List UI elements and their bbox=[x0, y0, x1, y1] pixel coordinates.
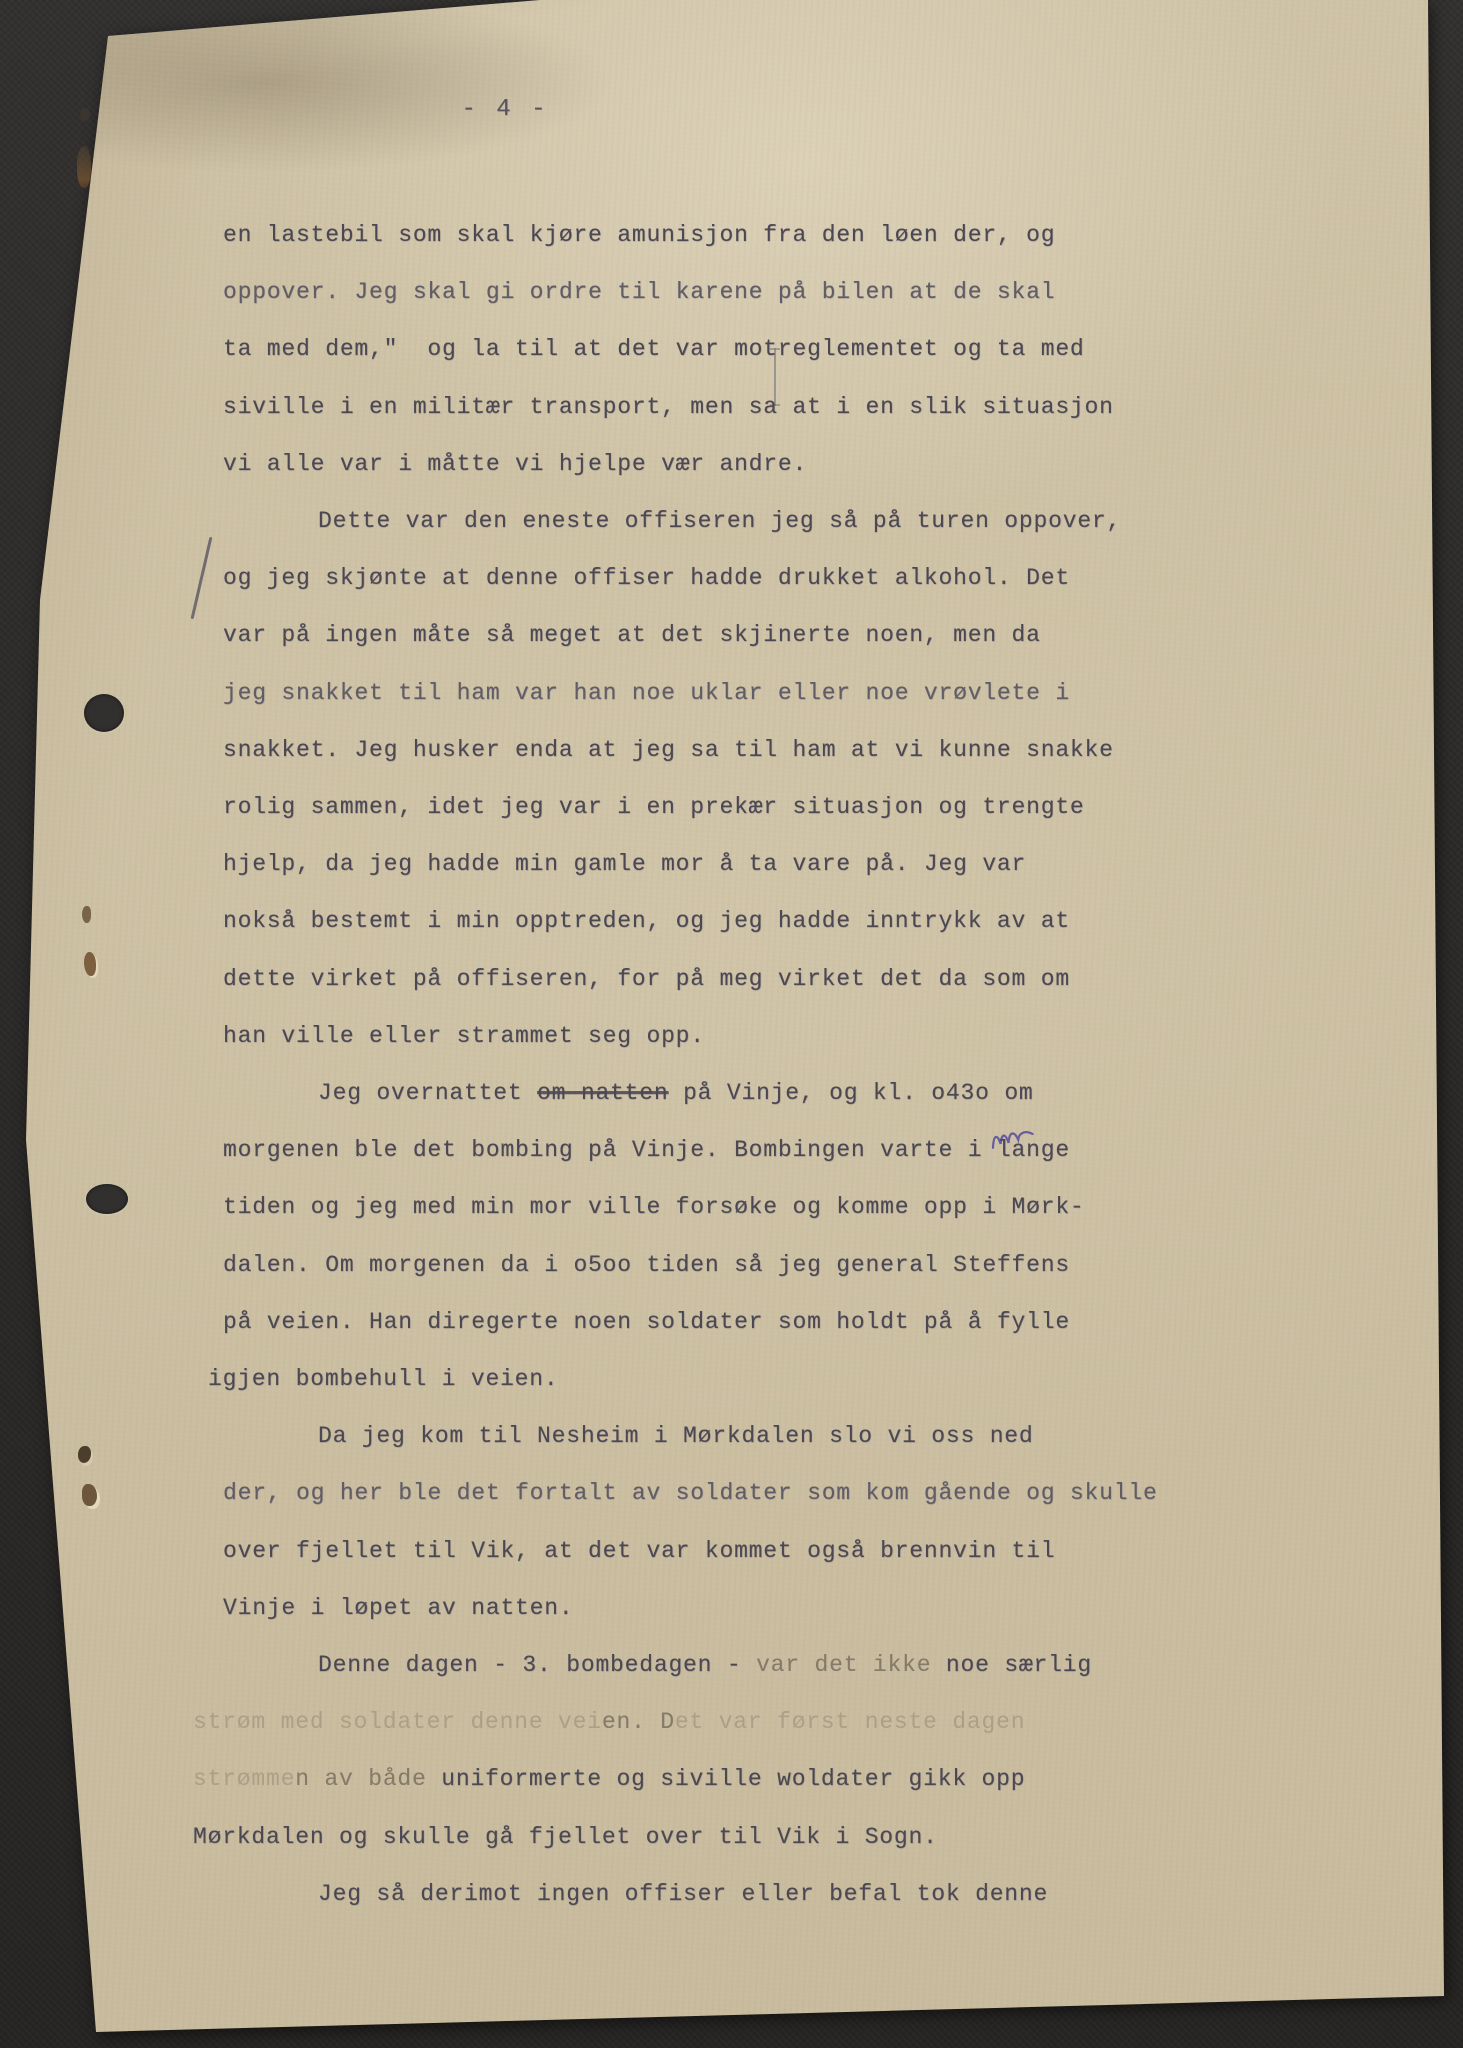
typed-line-25: Vinje i løpet av natten. bbox=[223, 1593, 573, 1623]
typed-text-segment: en lastebil som skal kjøre amunisjon fra… bbox=[223, 222, 1055, 248]
typed-text-segment: uniformerte og siville woldater gikk opp bbox=[441, 1766, 1025, 1792]
typed-text-segment: han ville eller strammet seg opp. bbox=[223, 1023, 705, 1049]
typed-text-segment: var det ikke bbox=[756, 1652, 946, 1678]
typed-text-segment: morgenen ble det bombing på Vinje. Bombi… bbox=[223, 1137, 997, 1163]
typed-text-segment: Vinje i løpet av natten. bbox=[223, 1595, 573, 1621]
typed-text-segment: og jeg skjønte at denne offiser hadde dr… bbox=[223, 565, 1070, 591]
page-number: - 4 - bbox=[405, 96, 605, 123]
typed-text-segment: Jeg så derimot ingen offiser eller befal… bbox=[318, 1881, 1048, 1907]
typed-text-segment: på veien. Han diregerte noen soldater so… bbox=[223, 1309, 1070, 1335]
typed-line-29: Mørkdalen og skulle gå fjellet over til … bbox=[193, 1822, 938, 1852]
typed-line-16: Jeg overnattet om natten på Vinje, og kl… bbox=[318, 1078, 1034, 1108]
typed-line-17: morgenen ble det bombing på Vinje. Bombi… bbox=[223, 1135, 1070, 1165]
typed-line-28: strømmen av både uniformerte og siville … bbox=[193, 1764, 1025, 1794]
ink-dot-stain bbox=[80, 108, 90, 121]
typed-text-segment: strømme bbox=[193, 1766, 295, 1792]
typed-text-segment: strøm med soldater denne vei bbox=[193, 1709, 602, 1735]
typed-line-23: der, og her ble det fortalt av soldater … bbox=[223, 1478, 1158, 1508]
typed-line-5: vi alle var i måtte vi hjelpe vær andre. bbox=[223, 449, 807, 479]
typed-line-26: Denne dagen - 3. bombedagen - var det ik… bbox=[318, 1650, 1092, 1680]
typed-line-6: Dette var den eneste offiseren jeg så på… bbox=[318, 506, 1121, 536]
typed-line-2: oppover. Jeg skal gi ordre til karene på… bbox=[223, 277, 1055, 307]
burn-smudge-stain bbox=[77, 146, 91, 188]
typed-text-segment: Da jeg kom til Nesheim i Mørkdalen slo v… bbox=[318, 1423, 1034, 1449]
paper-tear bbox=[82, 1484, 97, 1506]
typed-text-segment: Jeg overnattet bbox=[318, 1080, 537, 1106]
typed-text-segment: n av både bbox=[295, 1766, 441, 1792]
typed-line-18: tiden og jeg med min mor ville forsøke o… bbox=[223, 1192, 1085, 1222]
typed-text-segment: om natten bbox=[537, 1080, 668, 1106]
typed-text-segment: Denne dagen - 3. bombedagen - bbox=[318, 1652, 756, 1678]
typed-text-segment: siville i en militær transport, men sa a… bbox=[223, 394, 1114, 420]
typed-text-segment: dalen. Om morgenen da i o5oo tiden så je… bbox=[223, 1252, 1070, 1278]
typed-text-segment: rolig sammen, idet jeg var i en prekær s… bbox=[223, 794, 1085, 820]
typed-line-19: dalen. Om morgenen da i o5oo tiden så je… bbox=[223, 1250, 1070, 1280]
typed-line-9: jeg snakket til ham var han noe uklar el… bbox=[223, 678, 1070, 708]
typed-text-segment: på Vinje, og kl. o43o om bbox=[668, 1080, 1033, 1106]
typed-line-4: siville i en militær transport, men sa a… bbox=[223, 392, 1114, 422]
typed-text-segment: hjelp, da jeg hadde min gamle mor å ta v… bbox=[223, 851, 1026, 877]
typed-line-7: og jeg skjønte at denne offiser hadde dr… bbox=[223, 563, 1070, 593]
typed-line-30: Jeg så derimot ingen offiser eller befal… bbox=[318, 1879, 1048, 1909]
typed-line-24: over fjellet til Vik, at det var kommet … bbox=[223, 1536, 1055, 1566]
typed-text-segment: dette virket på offiseren, for på meg vi… bbox=[223, 966, 1070, 992]
typed-line-8: var på ingen måte så meget at det skjine… bbox=[223, 620, 1041, 650]
paper-tear bbox=[82, 906, 91, 923]
typed-line-13: nokså bestemt i min opptreden, og jeg ha… bbox=[223, 906, 1070, 936]
typed-text-segment: et var først neste dagen bbox=[675, 1709, 1025, 1735]
typed-text-segment: Dette var den eneste offiseren jeg så på… bbox=[318, 508, 1121, 534]
typed-text-segment: der, og her ble det fortalt av soldater … bbox=[223, 1480, 1158, 1506]
paper-tear bbox=[84, 952, 96, 976]
typed-line-22: Da jeg kom til Nesheim i Mørkdalen slo v… bbox=[318, 1421, 1034, 1451]
typed-text-segment: nokså bestemt i min opptreden, og jeg ha… bbox=[223, 908, 1070, 934]
typed-line-11: rolig sammen, idet jeg var i en prekær s… bbox=[223, 792, 1085, 822]
typed-line-3: ta med dem," og la til at det var motreg… bbox=[223, 334, 1085, 364]
typed-text-segment: Mørkdalen og skulle gå fjellet over til … bbox=[193, 1824, 938, 1850]
typed-text-segment: noe særlig bbox=[946, 1652, 1092, 1678]
typed-text-segment: snakket. Jeg husker enda at jeg sa til h… bbox=[223, 737, 1114, 763]
typed-text-segment: reglementet og ta med bbox=[778, 336, 1085, 362]
typed-text-segment: igjen bombehull i veien. bbox=[208, 1366, 558, 1392]
typed-line-21: igjen bombehull i veien. bbox=[208, 1364, 558, 1394]
typed-line-20: på veien. Han diregerte noen soldater so… bbox=[223, 1307, 1070, 1337]
typed-line-12: hjelp, da jeg hadde min gamle mor å ta v… bbox=[223, 849, 1026, 879]
typed-text-segment: tiden og jeg med min mor ville forsøke o… bbox=[223, 1194, 1085, 1220]
hole-punch bbox=[84, 694, 124, 732]
typed-line-14: dette virket på offiseren, for på meg vi… bbox=[223, 964, 1070, 994]
typed-text-segment: vi alle var i måtte vi hjelpe vær andre. bbox=[223, 451, 807, 477]
typed-text-segment: over fjellet til Vik, at det var kommet … bbox=[223, 1538, 1055, 1564]
paper-sheet-wrap bbox=[0, 0, 1463, 2048]
typed-line-10: snakket. Jeg husker enda at jeg sa til h… bbox=[223, 735, 1114, 765]
typed-text-segment: en. D bbox=[602, 1709, 675, 1735]
hole-punch bbox=[86, 1184, 128, 1214]
typed-text-segment: var på ingen måte så meget at det skjine… bbox=[223, 622, 1041, 648]
typed-line-27: strøm med soldater denne veien. Det var … bbox=[193, 1707, 1025, 1737]
typed-line-15: han ville eller strammet seg opp. bbox=[223, 1021, 705, 1051]
typed-text-segment: ta med dem," og la til at det var mot bbox=[223, 336, 778, 362]
typed-text-segment: jeg snakket til ham var han noe uklar el… bbox=[223, 680, 1070, 706]
typed-text-segment: oppover. Jeg skal gi ordre til karene på… bbox=[223, 279, 1055, 305]
typed-line-1: en lastebil som skal kjøre amunisjon fra… bbox=[223, 220, 1055, 250]
paper-sheet bbox=[0, 0, 1463, 2048]
